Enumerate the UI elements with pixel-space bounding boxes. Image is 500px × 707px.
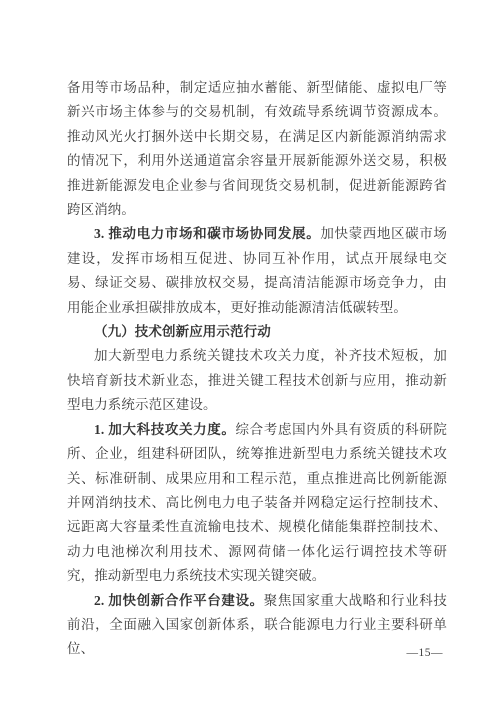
document-page: 备用等市场品种，制定适应抽水蓄能、新型储能、虚拟电厂等新兴市场主体参与的交易机制…: [0, 0, 500, 707]
paragraph-text: 综合考虑国内外具有资质的科研院所、企业，组建科研团队，统筹推进新型电力系统关键技…: [67, 422, 447, 583]
paragraph: 1. 加大科技攻关力度。综合考虑国内外具有资质的科研院所、企业，组建科研团队，统…: [67, 418, 447, 589]
paragraph-text: 加大新型电力系统关键技术攻关力度，补齐技术短板，加快培育新技术新业态，推进关键工…: [67, 348, 447, 412]
paragraph-lead: 1. 加大科技攻关力度。: [94, 422, 236, 437]
section-heading: （九）技术创新应用示范行动: [67, 320, 447, 344]
paragraph: 备用等市场品种，制定适应抽水蓄能、新型储能、虚拟电厂等新兴市场主体参与的交易机制…: [67, 76, 447, 222]
paragraph-lead: 3. 推动电力市场和碳市场协同发展。: [94, 226, 320, 241]
document-body: 备用等市场品种，制定适应抽水蓄能、新型储能、虚拟电厂等新兴市场主体参与的交易机制…: [67, 76, 447, 662]
page-number: —15—: [407, 647, 444, 659]
paragraph: 2. 加快创新合作平台建设。聚焦国家重大战略和行业科技前沿，全面融入国家创新体系…: [67, 589, 447, 662]
paragraph: 加大新型电力系统关键技术攻关力度，补齐技术短板，加快培育新技术新业态，推进关键工…: [67, 344, 447, 417]
paragraph-text: 备用等市场品种，制定适应抽水蓄能、新型储能、虚拟电厂等新兴市场主体参与的交易机制…: [67, 80, 447, 217]
paragraph-text: （九）技术创新应用示范行动: [94, 324, 271, 339]
paragraph-lead: 2. 加快创新合作平台建设。: [94, 593, 264, 608]
paragraph: 3. 推动电力市场和碳市场协同发展。加快蒙西地区碳市场建设，发挥市场相互促进、协…: [67, 222, 447, 320]
